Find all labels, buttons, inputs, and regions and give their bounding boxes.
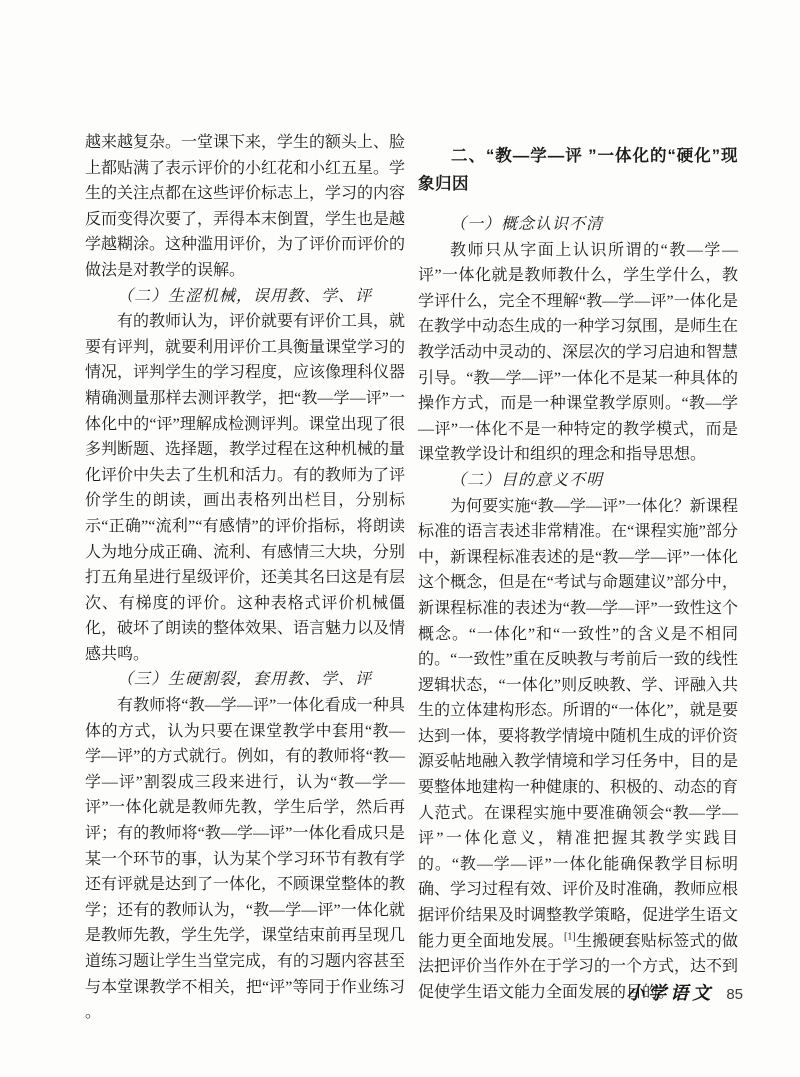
journal-name: 小学语文 <box>626 979 714 1005</box>
subheading-concept-unclear: （一）概念认识不清 <box>418 212 738 238</box>
paragraph-misuse-teach-learn-evaluate: 有的教师认为，评价就要有评价工具，就要有评判，就要利用评价工具衡量课堂学习的情况… <box>85 309 405 667</box>
page-footer: 小学语文 85 <box>626 979 743 1005</box>
paragraph-concept-unclear: 教师只从字面上认识所谓的“教—学—评”一体化就是教师教什么，学生学什么，教学评什… <box>418 238 738 468</box>
subheading-sheng-se-ji-xie: （二）生涩机械，误用教、学、评 <box>85 284 405 310</box>
paragraph-apply-teach-learn-evaluate: 有教师将“教—学—评”一体化看成一种具体的方式，认为只要在课堂教学中套用“教—学… <box>85 693 405 1026</box>
paragraph-text-before-ref: 为何要实施“教—学—评”一体化？新课程标准的语言表述非常精准。在“课程实施”部分… <box>418 498 738 950</box>
section-heading-hardening-causes: 二、“教—学—评 ”一体化的“硬化”现象归因 <box>418 142 738 198</box>
page-number: 85 <box>726 986 743 1003</box>
paragraph-continuation: 越来越复杂。一堂课下来，学生的额头上、脸上都贴满了表示评价的小红花和小红五星。学… <box>85 130 405 284</box>
journal-page: 越来越复杂。一堂课下来，学生的额头上、脸上都贴满了表示评价的小红花和小红五星。学… <box>0 0 800 1077</box>
footnote-ref-1: [1] <box>564 931 576 942</box>
text-columns: 越来越复杂。一堂课下来，学生的额头上、脸上都贴满了表示评价的小红花和小红五星。学… <box>85 130 738 1026</box>
paragraph-purpose-unclear: 为何要实施“教—学—评”一体化？新课程标准的语言表述非常精准。在“课程实施”部分… <box>418 494 738 1006</box>
subheading-sheng-ying-ge-lie: （三）生硬割裂，套用教、学、评 <box>85 667 405 693</box>
right-column: 二、“教—学—评 ”一体化的“硬化”现象归因 （一）概念认识不清 教师只从字面上… <box>418 130 738 1026</box>
subheading-purpose-unclear: （二）目的意义不明 <box>418 468 738 494</box>
left-column: 越来越复杂。一堂课下来，学生的额头上、脸上都贴满了表示评价的小红花和小红五星。学… <box>85 130 405 1026</box>
